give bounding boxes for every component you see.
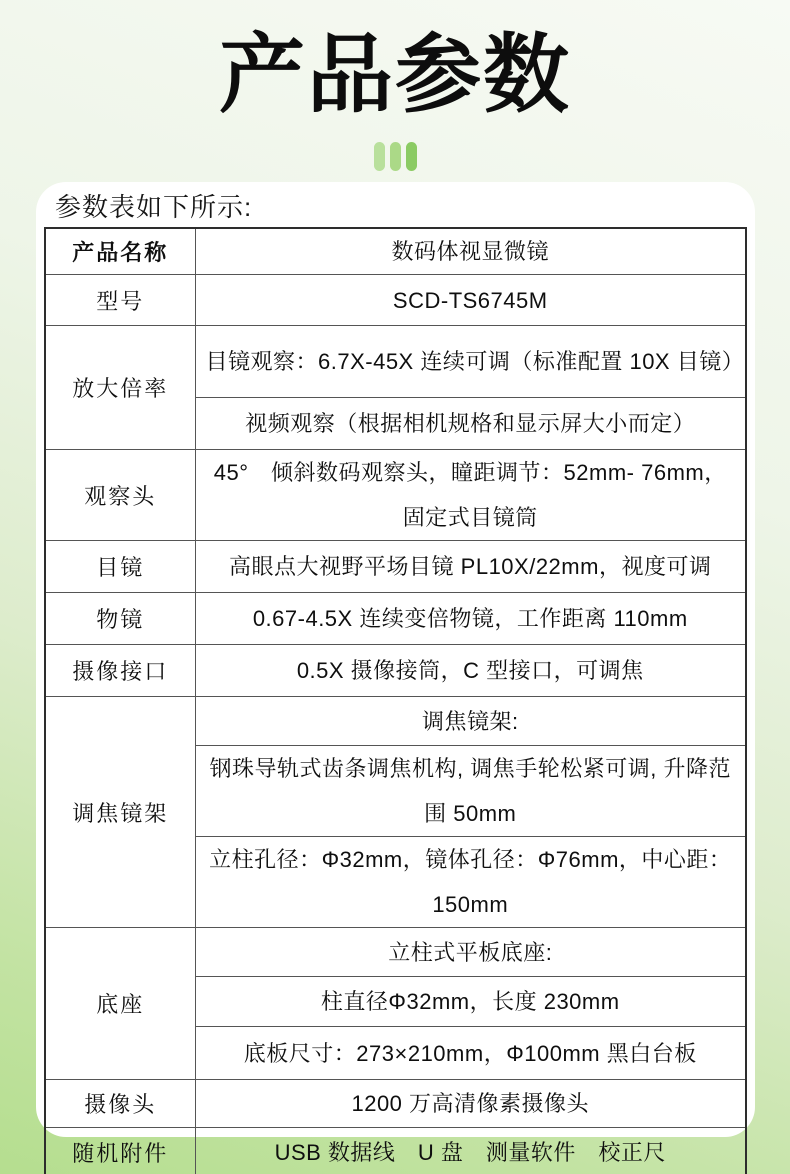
table-row: 目镜 高眼点大视野平场目镜 PL10X/22mm，视度可调 bbox=[45, 541, 746, 593]
table-row: 观察头 45° 倾斜数码观察头，瞳距调节：52mm- 76mm，固定式目镜筒 bbox=[45, 450, 746, 541]
param-value: 底板尺寸：273×210mm，Φ100mm 黑白台板 bbox=[195, 1027, 746, 1080]
spec-table: 产品名称 数码体视显微镜 型号 SCD-TS6745M 放大倍率 目镜观察：6.… bbox=[44, 227, 747, 1174]
param-label: 产品名称 bbox=[45, 228, 195, 275]
table-row: 底座 立柱式平板底座: bbox=[45, 928, 746, 977]
param-value: 调焦镜架: bbox=[195, 697, 746, 746]
param-label: 目镜 bbox=[45, 541, 195, 593]
table-row: 摄像头 1200 万高清像素摄像头 bbox=[45, 1080, 746, 1128]
param-value: 0.67-4.5X 连续变倍物镜，工作距离 110mm bbox=[195, 593, 746, 645]
spec-table-heading: 参数表如下所示: bbox=[55, 191, 252, 224]
param-label: 底座 bbox=[45, 928, 195, 1080]
table-row: 摄像接口 0.5X 摄像接筒，C 型接口，可调焦 bbox=[45, 645, 746, 697]
param-value: 目镜观察：6.7X-45X 连续可调（标准配置 10X 目镜） bbox=[195, 326, 746, 398]
param-label: 物镜 bbox=[45, 593, 195, 645]
param-value: USB 数据线 U 盘 测量软件 校正尺 bbox=[195, 1128, 746, 1174]
param-label: 随机附件 bbox=[45, 1128, 195, 1174]
page-title: 产品参数 bbox=[0, 0, 790, 120]
param-value: 高眼点大视野平场目镜 PL10X/22mm，视度可调 bbox=[195, 541, 746, 593]
param-label: 摄像接口 bbox=[45, 645, 195, 697]
param-label: 摄像头 bbox=[45, 1080, 195, 1128]
title-decoration-bars bbox=[0, 142, 790, 171]
param-value: 数码体视显微镜 bbox=[195, 228, 746, 275]
param-value: 视频观察（根据相机规格和显示屏大小而定） bbox=[195, 398, 746, 450]
deco-bar-icon bbox=[374, 142, 385, 171]
spec-card: 参数表如下所示: 产品名称 数码体视显微镜 型号 SCD-TS6745M 放大倍… bbox=[36, 182, 755, 1137]
table-row: 放大倍率 目镜观察：6.7X-45X 连续可调（标准配置 10X 目镜） bbox=[45, 326, 746, 398]
param-value: SCD-TS6745M bbox=[195, 275, 746, 326]
deco-bar-icon bbox=[406, 142, 417, 171]
param-label: 放大倍率 bbox=[45, 326, 195, 450]
param-label: 观察头 bbox=[45, 450, 195, 541]
param-value: 立柱式平板底座: bbox=[195, 928, 746, 977]
table-row: 产品名称 数码体视显微镜 bbox=[45, 228, 746, 275]
table-row: 调焦镜架 调焦镜架: bbox=[45, 697, 746, 746]
deco-bar-icon bbox=[390, 142, 401, 171]
param-label: 型号 bbox=[45, 275, 195, 326]
param-value: 0.5X 摄像接筒，C 型接口，可调焦 bbox=[195, 645, 746, 697]
param-value: 45° 倾斜数码观察头，瞳距调节：52mm- 76mm，固定式目镜筒 bbox=[195, 450, 746, 541]
param-label: 调焦镜架 bbox=[45, 697, 195, 928]
table-row: 型号 SCD-TS6745M bbox=[45, 275, 746, 326]
table-row: 物镜 0.67-4.5X 连续变倍物镜，工作距离 110mm bbox=[45, 593, 746, 645]
param-value: 立柱孔径：Φ32mm，镜体孔径：Φ76mm，中心距：150mm bbox=[195, 837, 746, 928]
param-value: 钢珠导轨式齿条调焦机构, 调焦手轮松紧可调, 升降范围 50mm bbox=[195, 746, 746, 837]
table-row: 随机附件 USB 数据线 U 盘 测量软件 校正尺 bbox=[45, 1128, 746, 1174]
param-value: 柱直径Φ32mm，长度 230mm bbox=[195, 977, 746, 1027]
param-value: 1200 万高清像素摄像头 bbox=[195, 1080, 746, 1128]
